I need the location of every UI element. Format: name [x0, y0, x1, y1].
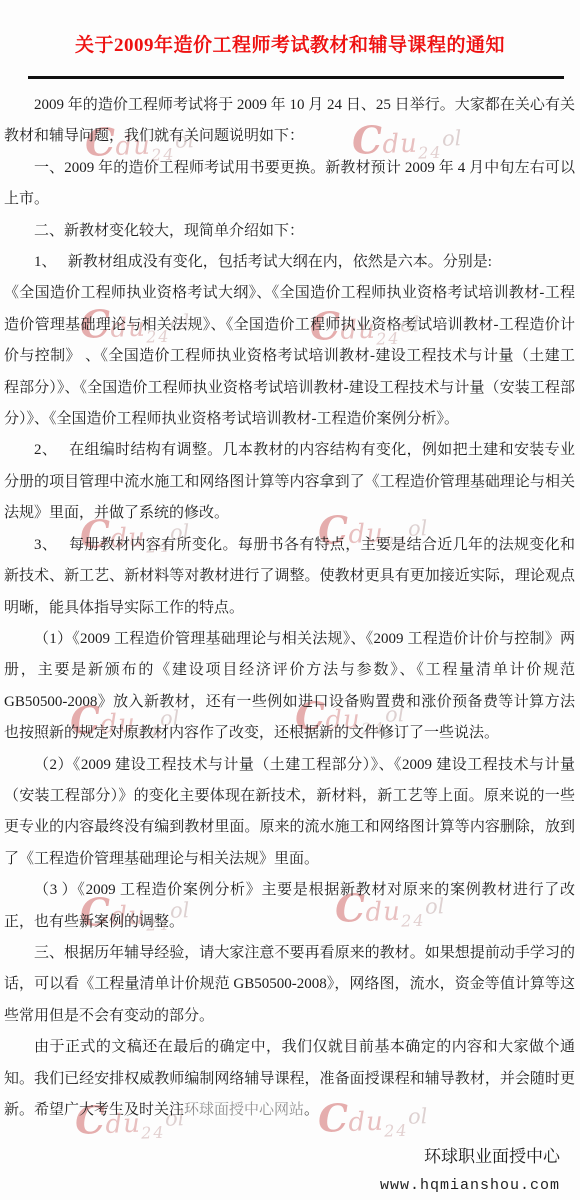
website-url[interactable]: www.hqmianshou.com	[380, 1172, 560, 1200]
paragraph-item-3: 3、 每册教材内容有所变化。每册书各有特点，主要是结合近几年的法规变化和新技术、…	[4, 530, 575, 624]
paragraph-detail-1: （1）《2009 工程造价管理基础理论与相关法规》、《2009 工程造价计价与控…	[4, 624, 575, 750]
paragraph-item-2: 2、 在组编时结构有调整。几本教材的内容结构有变化，例如把土建和安装专业分册的项…	[4, 435, 575, 529]
paragraph-book-list: 《全国造价工程师执业资格考试大纲》、《全国造价工程师执业资格考试培训教材-工程造…	[4, 278, 575, 435]
center-site-link[interactable]: 环球面授中心网站	[184, 1102, 304, 1118]
paragraph-closing: 由于正式的文稿还在最后的确定中，我们仅就目前基本确定的内容和大家做个通知。我们已…	[4, 1032, 575, 1126]
closing-period: 。	[304, 1102, 319, 1118]
paragraph-item-1: 1、 新教材组成没有变化，包括考试大纲在内，依然是六本。分别是:	[4, 247, 575, 278]
page-title: 关于2009年造价工程师考试教材和辅导课程的通知	[0, 0, 580, 58]
paragraph-intro: 2009 年的造价工程师考试将于 2009 年 10 月 24 日、25 日举行…	[4, 90, 575, 153]
document-body: 2009 年的造价工程师考试将于 2009 年 10 月 24 日、25 日举行…	[0, 90, 580, 1126]
title-divider	[28, 76, 564, 79]
paragraph-section-1: 一、2009 年的造价工程师考试用书要更换。新教材预计 2009 年 4 月中旬…	[4, 153, 575, 216]
paragraph-section-3: 三、根据历年辅导经验，请大家注意不要再看原来的教材。如果想提前动手学习的话，可以…	[4, 938, 575, 1032]
signature: 环球职业面授中心	[380, 1142, 560, 1172]
paragraph-detail-2: （2）《2009 建设工程技术与计量（土建工程部分）》、《2009 建设工程技术…	[4, 750, 575, 876]
signature-block: 环球职业面授中心 www.hqmianshou.com	[380, 1142, 560, 1200]
document-page: Cdu24ol Cdu24ol Cdu24ol Cdu24ol Cdu24ol …	[0, 0, 580, 1200]
paragraph-section-2: 二、新教材变化较大，现简单介绍如下：	[4, 216, 575, 247]
paragraph-detail-3: （3 ）《2009 工程造价案例分析》主要是根据新教材对原来的案例教材进行了改正…	[4, 875, 575, 938]
